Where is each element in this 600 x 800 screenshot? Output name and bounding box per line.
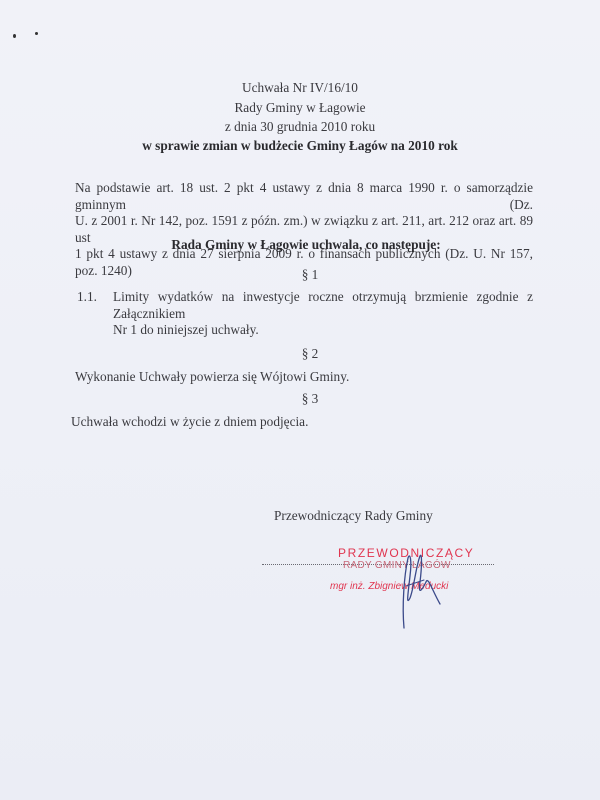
section-1-text: Limity wydatków na inwestycje roczne otr… — [113, 289, 533, 339]
section-1-symbol: § 1 — [10, 267, 600, 283]
section-3-text: Uchwała wchodzi w życie z dniem podjęcia… — [71, 414, 308, 430]
resolution-issuer: Rady Gminy w Łagowie — [0, 100, 600, 116]
resolution-subject: w sprawie zmian w budżecie Gminy Łagów n… — [0, 138, 600, 154]
document-page: Uchwała Nr IV/16/10 Rady Gminy w Łagowie… — [0, 0, 600, 800]
section-1-line: Limity wydatków na inwestycje roczne otr… — [113, 289, 533, 322]
resolution-statement: Rada Gminy w Łagowie uchwala, co następu… — [6, 237, 600, 253]
preamble: Na podstawie art. 18 ust. 2 pkt 4 ustawy… — [75, 180, 533, 279]
section-3-symbol: § 3 — [10, 391, 600, 407]
scan-speck — [35, 32, 38, 35]
section-1-line: Nr 1 do niniejszej uchwały. — [113, 322, 533, 339]
resolution-title: Uchwała Nr IV/16/10 — [0, 80, 600, 96]
handwritten-signature-icon — [396, 546, 446, 636]
scan-speck — [13, 34, 16, 38]
section-2-symbol: § 2 — [10, 346, 600, 362]
resolution-date: z dnia 30 grudnia 2010 roku — [0, 119, 600, 135]
preamble-line: Na podstawie art. 18 ust. 2 pkt 4 ustawy… — [75, 180, 533, 213]
section-2-text: Wykonanie Uchwały powierza się Wójtowi G… — [75, 369, 349, 385]
signatory-role: Przewodniczący Rady Gminy — [274, 508, 433, 524]
section-1-point-number: 1.1. — [77, 289, 97, 305]
